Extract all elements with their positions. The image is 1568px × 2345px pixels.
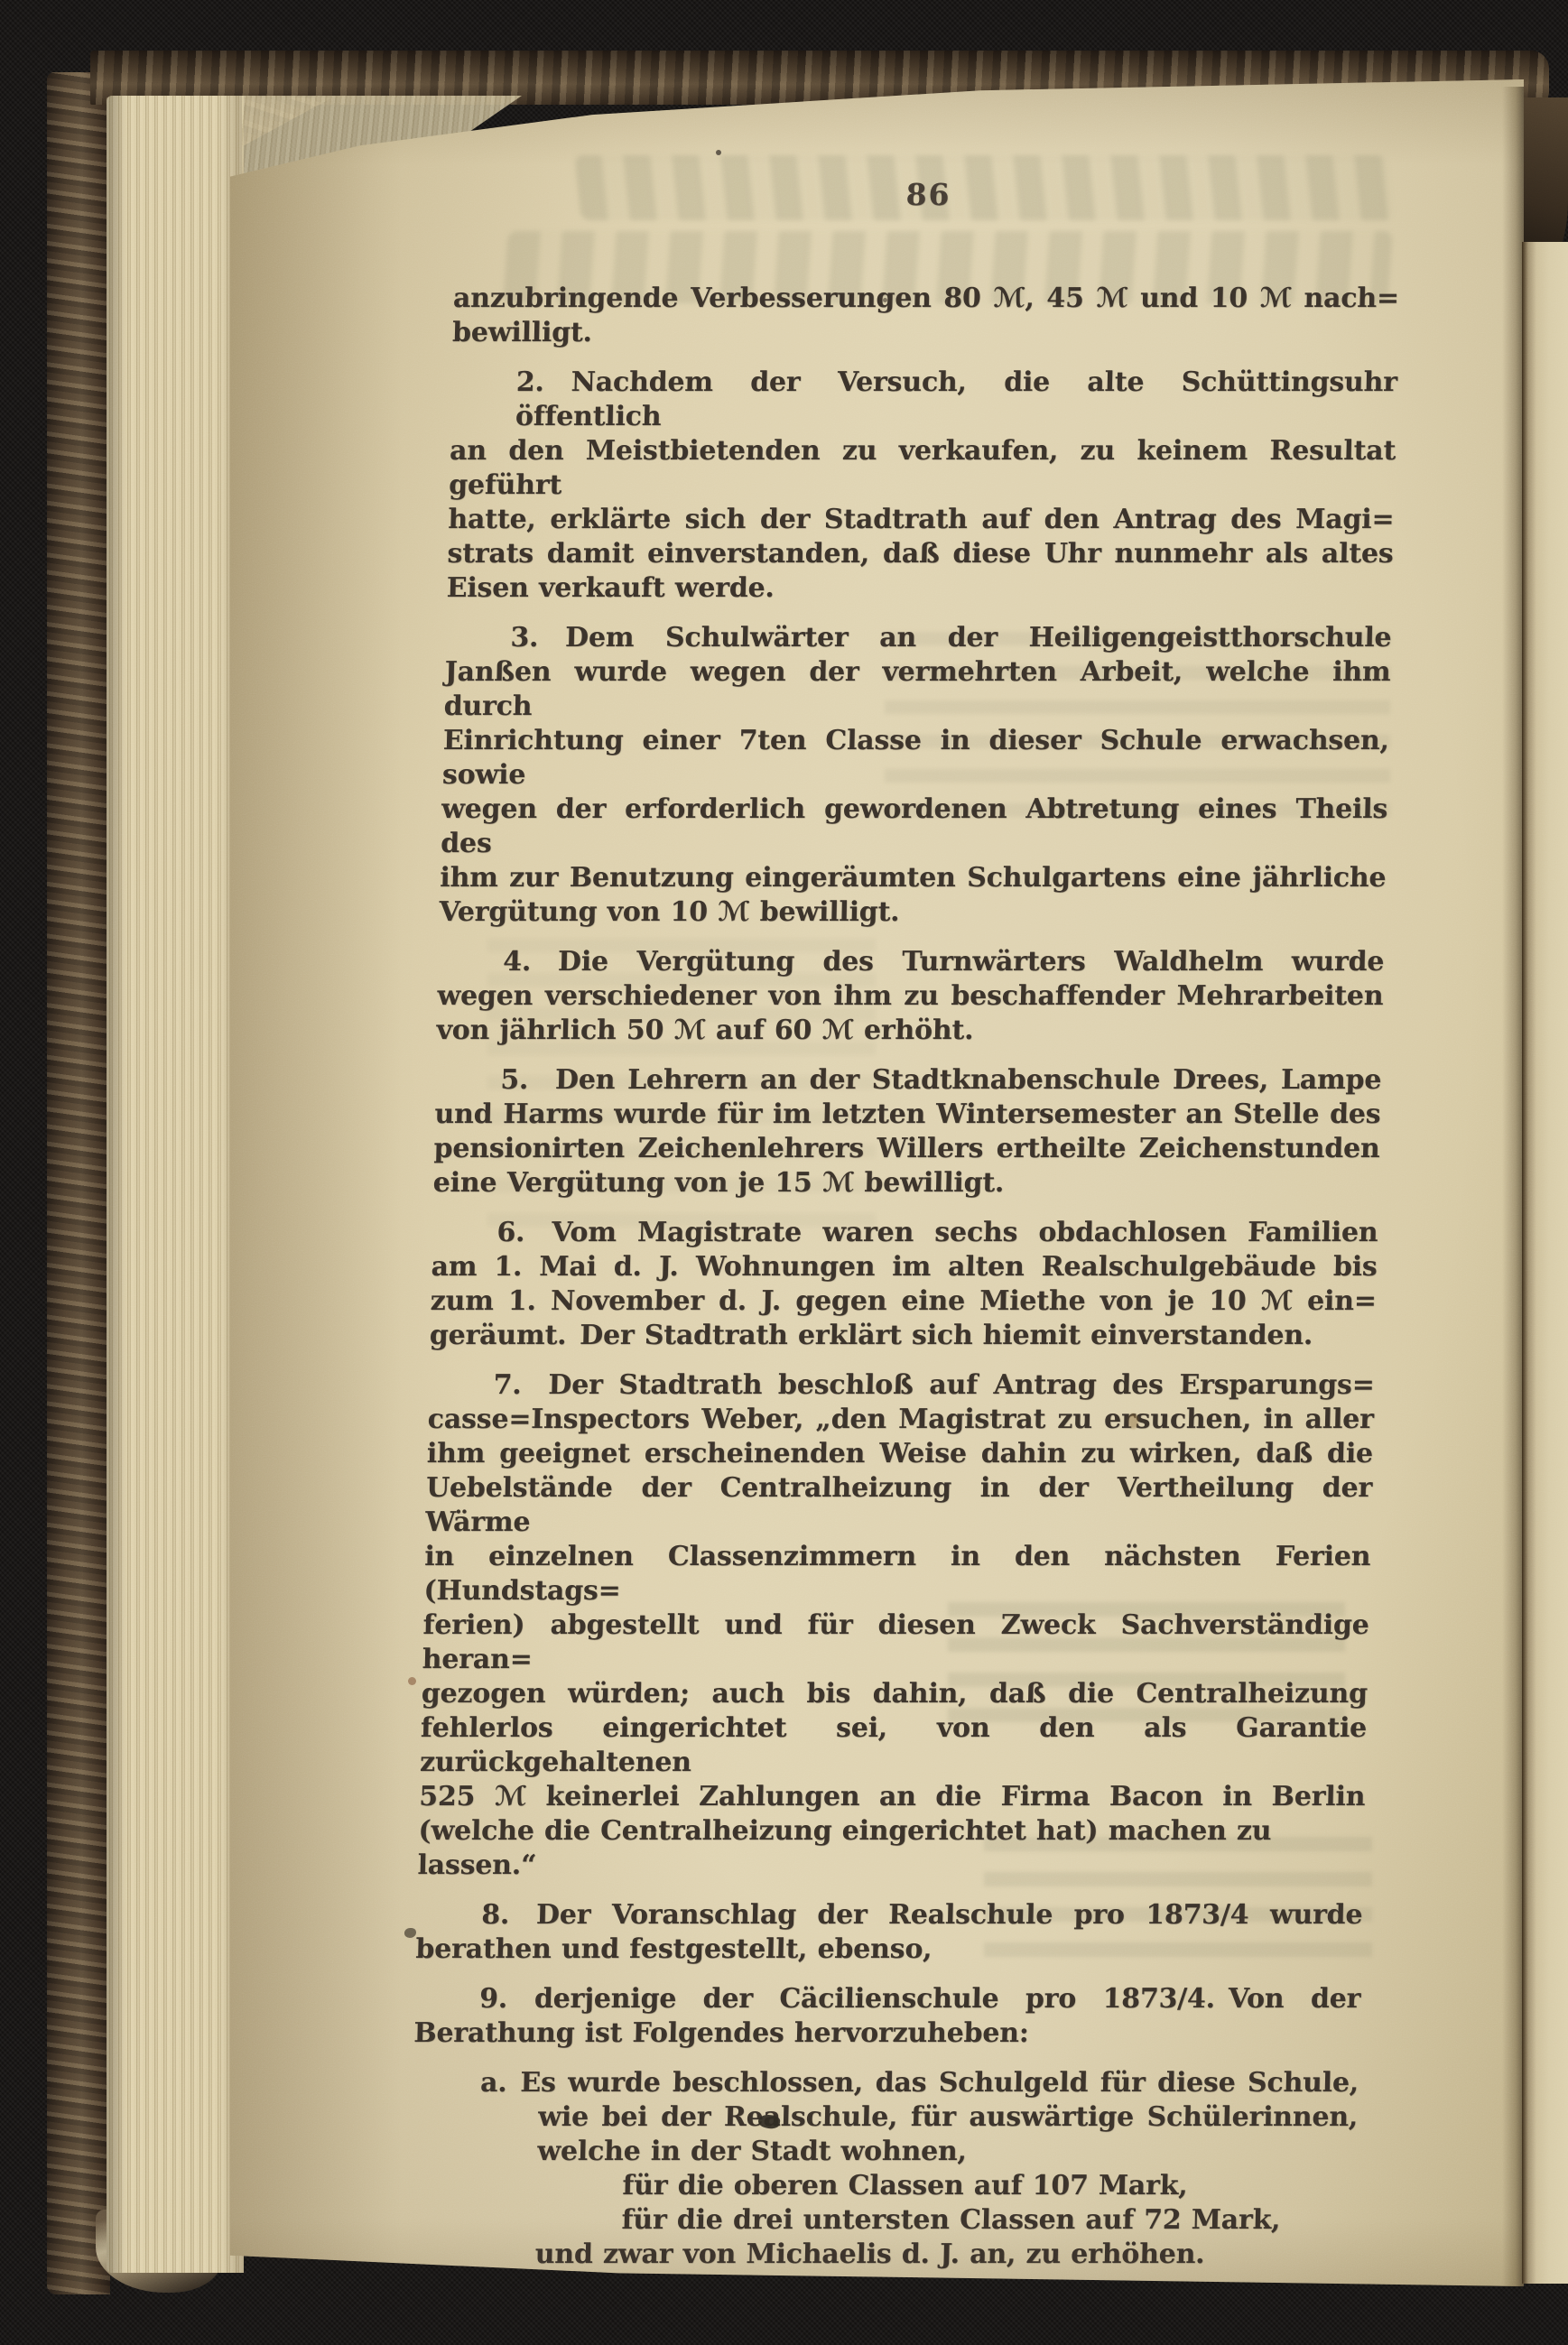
text-line: Berathung ist Folgendes hervorzuheben:: [413, 2016, 1360, 2051]
text-line: 9. derjenige der Cäcilienschule pro 1873…: [414, 1982, 1361, 2016]
paragraph: 8. Der Voranschlag der Realschule pro 18…: [415, 1898, 1363, 1967]
text-line: am 1. Mai d. J. Wohnungen im alten Reals…: [431, 1250, 1378, 1284]
text-line: 2. Nachdem der Versuch, die alte Schütti…: [450, 366, 1398, 434]
text-line: Uebelstände der Centralheizung in der Ve…: [425, 1471, 1373, 1540]
text-line: 3. Dem Schulwärter an der Heiligengeistt…: [445, 621, 1392, 655]
page-stack-fore-edge: [107, 96, 244, 2273]
paragraph: 6. Vom Magistrate waren sechs obdachlose…: [429, 1216, 1378, 1353]
paragraph: 3. Dem Schulwärter an der Heiligengeistt…: [439, 621, 1392, 930]
text-line: pensionirten Zeichenlehrers Willers erth…: [433, 1132, 1380, 1166]
text-line: bewilligt.: [452, 316, 1399, 350]
text-line: a. Es wurde beschlossen, das Schulgeld f…: [413, 2066, 1359, 2100]
paragraph: anzubringende Verbesserungen 80 ℳ, 45 ℳ …: [452, 282, 1400, 350]
text-line: 8. Der Voranschlag der Realschule pro 18…: [416, 1898, 1363, 1933]
text-line: wegen verschiedener von ihm zu beschaffe…: [437, 979, 1384, 1014]
body-text-container: anzubringende Verbesserungen 80 ℳ, 45 ℳ …: [408, 282, 1399, 2272]
text-line: ihm geeignet erscheinenden Weise dahin z…: [426, 1437, 1373, 1471]
text-line: Eisen verkauft werde.: [446, 571, 1393, 606]
text-line: 525 ℳ keinerlei Zahlungen an die Firma B…: [419, 1780, 1366, 1814]
text-line: 5. Den Lehrern an der Stadtknabenschule …: [435, 1063, 1382, 1098]
text-line: welche in der Stadt wohnen,: [411, 2135, 1358, 2169]
text-line: strats damit einverstanden, daß diese Uh…: [447, 537, 1394, 571]
text-line: Janßen wurde wegen der vermehrten Arbeit…: [443, 655, 1391, 724]
text-line: ferien) abgestellt und für diesen Zweck …: [422, 1608, 1369, 1677]
adjacent-page-edge: [1522, 242, 1568, 2284]
page-number: 86: [455, 177, 1402, 213]
text-line: für die drei untersten Classen auf 72 Ma…: [409, 2203, 1356, 2238]
text-line: hatte, erklärte sich der Stadtrath auf d…: [448, 503, 1395, 537]
text-line: eine Vergütung von je 15 ℳ bewilligt.: [432, 1166, 1379, 1200]
paragraph: 5. Den Lehrern an der Stadtknabenschule …: [432, 1063, 1381, 1200]
text-line: zum 1. November d. J. gegen eine Miethe …: [430, 1284, 1377, 1319]
text-line: geräumt. Der Stadtrath erklärt sich hiem…: [429, 1319, 1376, 1353]
text-line: 7. Der Stadtrath beschloß auf Antrag des…: [428, 1368, 1375, 1403]
paragraph: a. Es wurde beschlossen, das Schulgeld f…: [408, 2066, 1359, 2272]
photo-background: { "page_number": "86", "colors": { "ink"…: [0, 0, 1568, 2345]
text-line: von jährlich 50 ℳ auf 60 ℳ erhöht.: [436, 1014, 1383, 1048]
text-line: in einzelnen Classenzimmern in den nächs…: [423, 1540, 1371, 1608]
book-cover-left-edge: [47, 72, 110, 2294]
text-line: Einrichtung einer 7ten Classe in dieser …: [442, 724, 1390, 792]
text-line: für die oberen Classen auf 107 Mark,: [410, 2169, 1357, 2203]
text-line: anzubringende Verbesserungen 80 ℳ, 45 ℳ …: [453, 282, 1400, 316]
text-line: 6. Vom Magistrate waren sechs obdachlose…: [431, 1216, 1378, 1250]
paragraph: 9. derjenige der Cäcilienschule pro 1873…: [413, 1982, 1361, 2051]
page-fold: [1502, 87, 1524, 2286]
text-line: und Harms wurde für im letzten Wintersem…: [434, 1098, 1381, 1132]
text-line: Vergütung von 10 ℳ bewilligt.: [439, 895, 1386, 930]
text-line: (welche die Centralheizung eingerichtet …: [417, 1814, 1365, 1883]
paragraph: 4. Die Vergütung des Turnwärters Waldhel…: [436, 945, 1385, 1048]
text-line: und zwar von Michaelis d. J. an, zu erhö…: [408, 2238, 1355, 2272]
paragraph: 2. Nachdem der Versuch, die alte Schütti…: [446, 366, 1397, 606]
text-line: fehlerlos eingerichtet sei, von den als …: [420, 1711, 1368, 1780]
text-line: an den Meistbietenden zu verkaufen, zu k…: [449, 434, 1396, 503]
text-line: berathen und festgestellt, ebenso,: [415, 1933, 1362, 1967]
text-line: ihm zur Benutzung eingeräumten Schulgart…: [440, 861, 1387, 895]
text-line: wegen der erforderlich gewordenen Abtret…: [441, 792, 1388, 861]
page-text: 86 anzubringende Verbesserungen 80 ℳ, 45…: [408, 177, 1402, 2272]
paragraph: 7. Der Stadtrath beschloß auf Antrag des…: [417, 1368, 1375, 1883]
text-line: casse=Inspectors Weber, „den Magistrat z…: [427, 1403, 1374, 1437]
text-line: 4. Die Vergütung des Turnwärters Waldhel…: [438, 945, 1385, 979]
text-line: wie bei der Realschule, für auswärtige S…: [412, 2100, 1359, 2135]
text-line: gezogen würden; auch bis dahin, daß die …: [421, 1677, 1368, 1711]
